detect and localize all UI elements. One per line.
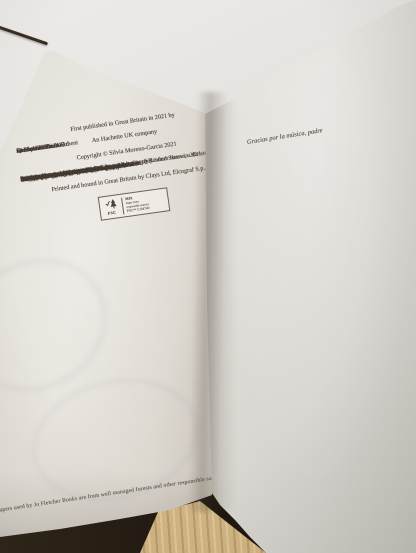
- fsc-label: FSC: [108, 210, 117, 217]
- text-line: London EC4Y 0DZ: [16, 140, 66, 156]
- fsc-logo-left: FSC: [102, 198, 120, 218]
- book-photo: First published in Great Britain in 2021…: [0, 0, 416, 553]
- fsc-tree-icon: [104, 198, 117, 211]
- fsc-logo-right: MIX Paper fromresponsible sources FSC™ C…: [121, 192, 166, 214]
